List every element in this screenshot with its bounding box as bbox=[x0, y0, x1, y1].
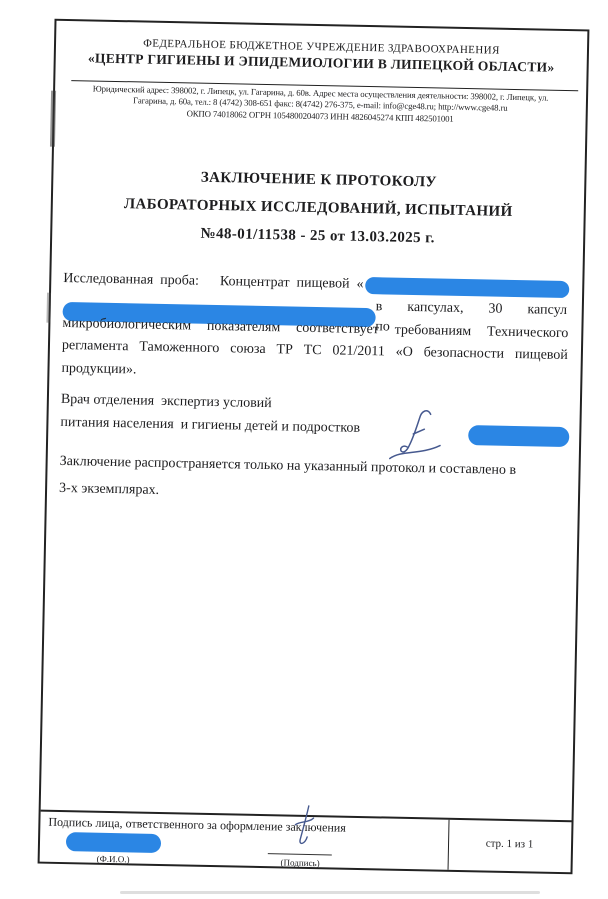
signature-caption: (Подпись) bbox=[258, 857, 343, 869]
sample-label: Исследованная проба: bbox=[63, 269, 199, 292]
footer-signature-scribble-icon bbox=[290, 801, 319, 858]
doc-title-line2: ЛАБОРАТОРНЫХ ИССЛЕДОВАНИЙ, ИСПЫТАНИЙ bbox=[53, 195, 584, 223]
footer-signature-table: Подпись лица, ответственного за оформлен… bbox=[40, 810, 572, 873]
fio-caption: (Ф.И.О.) bbox=[66, 853, 161, 865]
redaction-box bbox=[66, 832, 161, 853]
scan-background: ФЕДЕРАЛЬНОЕ БЮДЖЕТНОЕ УЧРЕЖДЕНИЕ ЗДРАВОО… bbox=[0, 0, 608, 899]
redaction-box bbox=[365, 277, 569, 298]
conclusion-line2: 3-х экземплярах. bbox=[59, 479, 565, 509]
protocol-number: №48-01/11538 - 25 от 13.03.2025 г. bbox=[52, 223, 583, 251]
doctor-signature-scribble-icon bbox=[384, 405, 447, 464]
doc-title-line1: ЗАКЛЮЧЕНИЕ К ПРОТОКОЛУ bbox=[53, 167, 584, 195]
scan-artifact bbox=[46, 293, 51, 323]
scanned-document-page: ФЕДЕРАЛЬНОЕ БЮДЖЕТНОЕ УЧРЕЖДЕНИЕ ЗДРАВОО… bbox=[38, 19, 590, 875]
redaction-box bbox=[468, 425, 569, 447]
conclusion-line1: Заключение распространяется только на ук… bbox=[59, 452, 565, 482]
scan-artifact bbox=[50, 91, 56, 147]
scan-artifact bbox=[120, 891, 540, 894]
sample-text-before: Концентрат пищевой « bbox=[220, 272, 364, 295]
page-number: стр. 1 из 1 bbox=[448, 837, 571, 851]
